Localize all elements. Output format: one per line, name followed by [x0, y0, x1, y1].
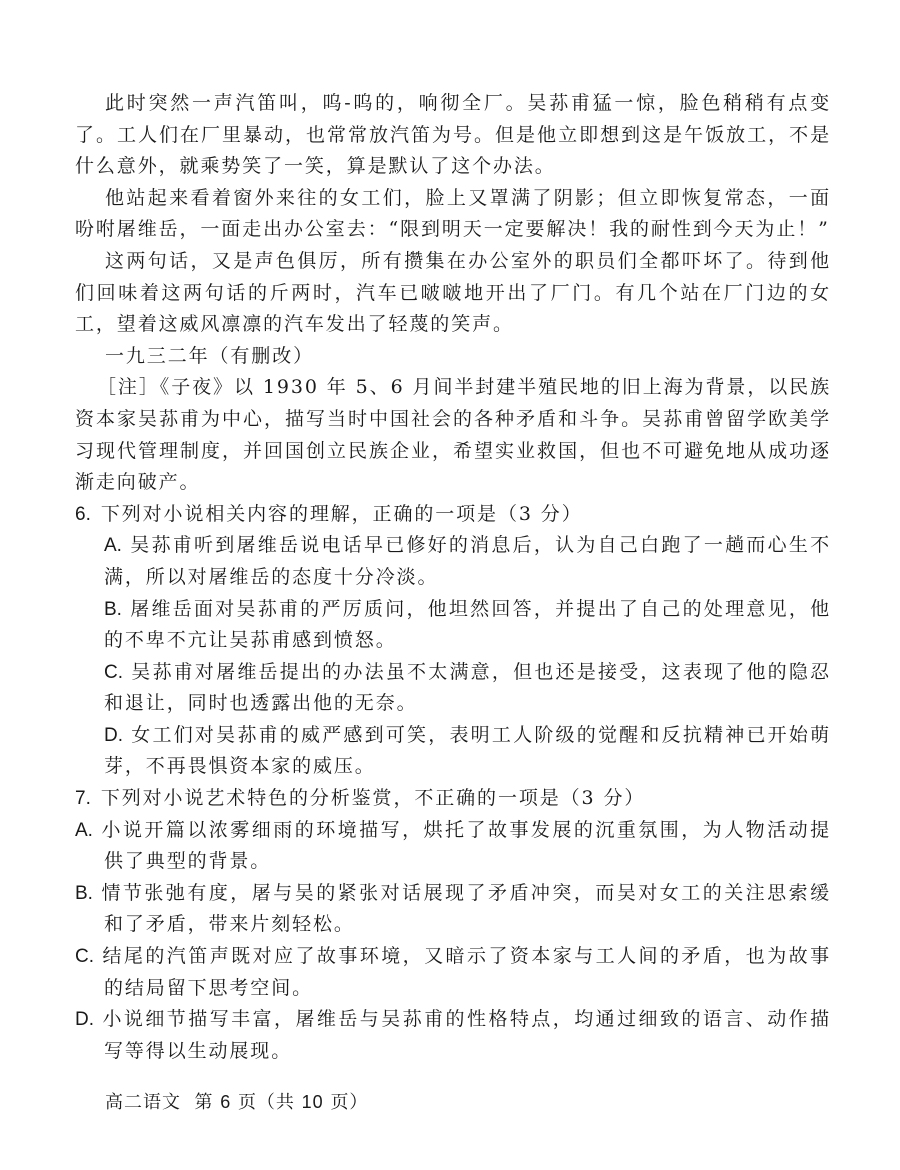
option-text: 女工们对吴荪甫的威严感到可笑，表明工人阶级的觉醒和反抗精神已开始萌芽，不再畏惧资… — [104, 724, 831, 778]
option-text: 小说开篇以浓雾细雨的环境描写，烘托了故事发展的沉重氛围，为人物活动提供了典型的背… — [101, 819, 831, 873]
option-text: 吴荪甫对屠维岳提出的办法虽不太满意，但也还是接受，这表现了他的隐忍和退让，同时也… — [104, 661, 831, 715]
exam-page: 此时突然一声汽笛叫，呜-呜的，响彻全厂。吴荪甫猛一惊，脸色稍稍有点变了。工人们在… — [75, 88, 831, 1067]
option-label: D. — [104, 725, 123, 746]
option-label: B. — [75, 883, 93, 904]
option-c: C. 吴荪甫对屠维岳提出的办法虽不太满意，但也还是接受，这表现了他的隐忍和退让，… — [75, 657, 831, 720]
passage-paragraph: 此时突然一声汽笛叫，呜-呜的，响彻全厂。吴荪甫猛一惊，脸色稍稍有点变了。工人们在… — [75, 88, 831, 183]
option-b: B. 屠维岳面对吴荪甫的严厉质问，他坦然回答，并提出了自己的处理意见，他的不卑不… — [75, 594, 831, 657]
question-text: 下列对小说相关内容的理解，正确的一项是（3 分） — [101, 503, 583, 525]
option-label: A. — [75, 820, 93, 841]
question-stem: 7.下列对小说艺术特色的分析鉴赏，不正确的一项是（3 分） — [75, 783, 831, 815]
page-footer: 高二语文 第 6 页（共 10 页） — [105, 1088, 368, 1114]
option-a: A. 小说开篇以浓雾细雨的环境描写，烘托了故事发展的沉重氛围，为人物活动提供了典… — [75, 815, 831, 878]
option-b: B. 情节张弛有度，屠与吴的紧张对话展现了矛盾冲突，而吴对女工的关注思索缓和了矛… — [75, 878, 831, 941]
option-label: D. — [75, 1009, 94, 1030]
question-number: 7. — [75, 788, 91, 809]
question-text: 下列对小说艺术特色的分析鉴赏，不正确的一项是（3 分） — [101, 787, 645, 809]
passage-paragraph: 他站起来看着窗外来往的女工们，脸上又罩满了阴影；但立即恢复常态，一面吩咐屠维岳，… — [75, 183, 831, 246]
option-label: A. — [104, 535, 122, 556]
option-a: A. 吴荪甫听到屠维岳说电话早已修好的消息后，认为自己白跑了一趟而心生不满，所以… — [75, 530, 831, 593]
footer-page-total: 10 — [302, 1092, 324, 1112]
question-stem: 6.下列对小说相关内容的理解，正确的一项是（3 分） — [75, 499, 831, 531]
option-d: D. 小说细节描写丰富，屠维岳与吴荪甫的性格特点，均通过细致的语言、动作描写等得… — [75, 1004, 831, 1067]
question-number: 6. — [75, 504, 91, 525]
option-d: D. 女工们对吴荪甫的威严感到可笑，表明工人阶级的觉醒和反抗精神已开始萌芽，不再… — [75, 720, 831, 783]
option-text: 屠维岳面对吴荪甫的严厉质问，他坦然回答，并提出了自己的处理意见，他的不卑不亢让吴… — [104, 598, 831, 652]
passage-paragraph: 这两句话，又是声色俱厉，所有攒集在办公室外的职员们全都吓坏了。待到他们回味着这两… — [75, 246, 831, 341]
option-label: C. — [75, 946, 94, 967]
annotation-note: ［注］《子夜》以 1930 年 5、6 月间半封建半殖民地的旧上海为背景，以民族… — [75, 372, 831, 498]
option-label: C. — [104, 662, 123, 683]
footer-page-prefix: 第 — [194, 1092, 213, 1113]
option-text: 小说细节描写丰富，屠维岳与吴荪甫的性格特点，均通过细致的语言、动作描写等得以生动… — [102, 1008, 831, 1062]
question-7: 7.下列对小说艺术特色的分析鉴赏，不正确的一项是（3 分） A. 小说开篇以浓雾… — [75, 783, 831, 1067]
option-text: 吴荪甫听到屠维岳说电话早已修好的消息后，认为自己白跑了一趟而心生不满，所以对屠维… — [104, 534, 831, 588]
footer-page-mid: 页（共 — [238, 1092, 295, 1113]
date-line: 一九三二年（有删改） — [75, 341, 831, 373]
footer-page-current: 6 — [220, 1092, 231, 1112]
footer-page-suffix: 页） — [330, 1092, 368, 1113]
footer-subject: 高二语文 — [105, 1092, 181, 1113]
option-text: 结尾的汽笛声既对应了故事环境，又暗示了资本家与工人间的矛盾，也为故事的结局留下思… — [102, 945, 831, 999]
option-label: B. — [104, 599, 122, 620]
question-6: 6.下列对小说相关内容的理解，正确的一项是（3 分） A. 吴荪甫听到屠维岳说电… — [75, 499, 831, 783]
option-text: 情节张弛有度，屠与吴的紧张对话展现了矛盾冲突，而吴对女工的关注思索缓和了矛盾，带… — [101, 882, 831, 936]
option-c: C. 结尾的汽笛声既对应了故事环境，又暗示了资本家与工人间的矛盾，也为故事的结局… — [75, 941, 831, 1004]
